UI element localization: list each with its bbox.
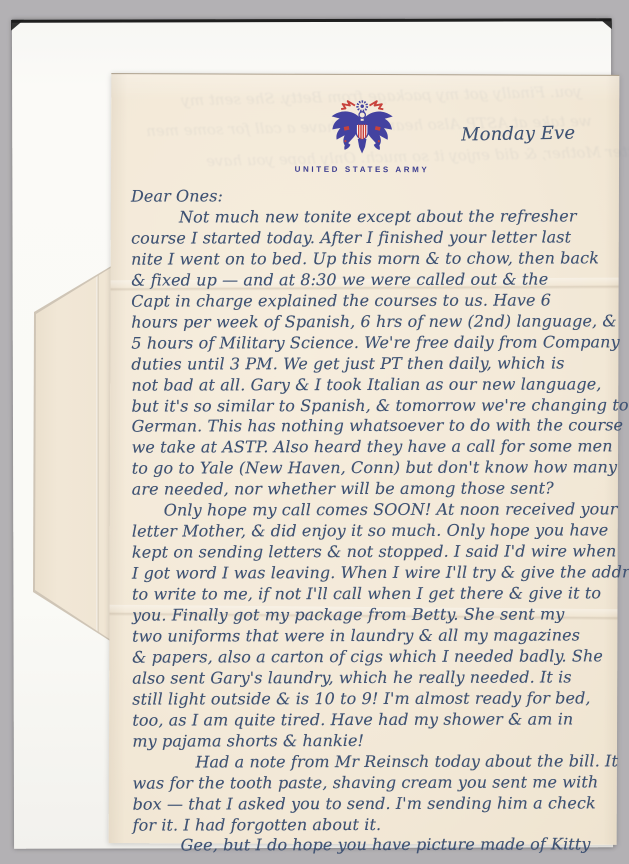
letter-line: 5 hours of Military Science. We're free … [131,332,619,352]
letter-line: Dear Ones: [131,186,223,205]
letterhead-title: UNITED STATES ARMY [252,165,472,175]
letter-line: Not much new tonite except about the ref… [179,206,577,226]
letter-line: you. Finally got my package from Betty. … [132,604,564,624]
corner-shadow [599,18,612,29]
letter-line: & fixed up — and at 8:30 we were called … [131,269,548,289]
letter-line: nite I went on to bed. Up this morn & to… [131,248,599,268]
fold-flap-face [30,255,122,655]
letter-line: course I started today. After I finished… [131,227,571,247]
us-army-eagle-emblem [325,99,399,163]
letter-line: Gee, but I do hope you have picture made… [181,835,591,855]
letter-line: for it. I had forgotten about it. [133,814,382,834]
letter-line: Had a note from Mr Reinsch today about t… [195,751,618,771]
letter-line: to go to Yale (New Haven, Conn) but don'… [132,458,617,478]
letter-line: I got word I was leaving. When I wire I'… [132,562,629,582]
letter-line: & papers, also a carton of cigs which I … [132,646,603,666]
scanned-letter-photo: you. Finally got my package from Betty. … [0,0,629,864]
corner-shadow [11,20,24,31]
letter-line: we take at ASTP. Also heard they have a … [132,437,613,457]
letter-line: was for the tooth paste, shaving cream y… [132,772,598,792]
fold-flap [30,255,122,655]
letter-line: Capt in charge explained the courses to … [131,290,551,310]
letter-line: German. This has nothing whatsoever to d… [132,416,624,436]
letter-line: box — that I asked you to send. I'm send… [133,793,596,813]
letter-line: but it's so similar to Spanish, & tomorr… [131,395,628,415]
letter-line: not bad at all. Gary & I took Italian as… [131,374,601,394]
letter-line: letter Mother, & did enjoy it so much. O… [132,521,608,541]
letter-line: still light outside & is 10 to 9! I'm al… [132,688,590,708]
letter-line: hours per week of Spanish, 6 hrs of new … [131,311,616,331]
letter-line: also sent Gary's laundry, which he reall… [132,667,571,687]
letter-line: are needed, nor whether will be among th… [132,479,554,499]
letter-line: my pajama shorts & hankie! [132,731,364,751]
letter-lines: Dear Ones:Not much new tonite except abo… [109,185,619,846]
letter-line: kept on sending letters & not stopped. I… [132,541,617,561]
letter-line: two uniforms that were in laundry & all … [132,625,580,645]
letter-paper: you. Finally got my package from Betty. … [109,73,620,845]
letter-line: Only hope my call comes SOON! At noon re… [164,500,618,520]
date-line: Monday Eve [461,123,575,146]
letter-line: duties until 3 PM. We get just PT then d… [131,353,564,373]
letter-line: to write to me, if not I'll call when I … [132,583,601,603]
letter-line: too, as I am quite tired. Have had my sh… [132,709,573,729]
fold-crease [96,255,99,655]
